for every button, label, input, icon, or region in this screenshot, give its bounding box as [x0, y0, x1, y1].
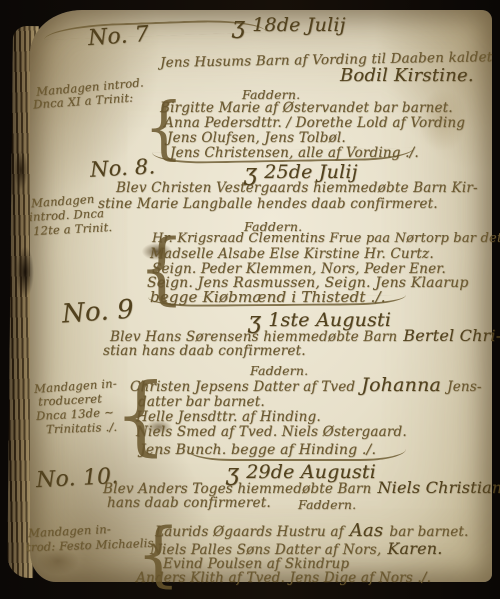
date-text: 18de Julij	[252, 14, 346, 36]
godparent-text: Laurids Øgaards Hustru af	[155, 524, 344, 540]
date-flourish-glyph: ʒ	[232, 13, 245, 39]
entry-9-godparent-line: datter bar barnet.	[138, 395, 265, 409]
entry-9-godparent-line: Christen Jepsens Datter af TvedJohannaJe…	[130, 376, 482, 396]
entry-7-godparent-line: Jens Olufsen, Jens Tolbøl.	[167, 131, 346, 145]
entry-8-body-line: stine Marie Langballe hendes daab confir…	[98, 197, 438, 211]
godparent-text: Christen Jepsens Datter af Tved	[130, 379, 355, 395]
entry-8-godparent-line: Madselle Alsabe Else Kirstine Hr. Curtz.	[150, 247, 434, 261]
entry-7-number: No. 7	[87, 23, 150, 50]
entry-9-body-line: stian hans daab confirmeret.	[103, 344, 306, 358]
ink-flourish	[186, 449, 406, 461]
entry-7-date: ʒ18de Julij	[232, 14, 346, 38]
entry-9-godparent-line: Niels Smed af Tved. Niels Østergaard.	[136, 425, 407, 439]
godparent-text: Jens-	[447, 379, 482, 395]
entry-8-number: No. 8.	[89, 155, 155, 180]
entry-10-faddern-label: Faddern.	[298, 498, 356, 511]
entry-10-highlight-name: Aas	[350, 520, 384, 541]
entry-9-highlight-name: Johanna	[361, 374, 441, 396]
entry-9-godparent-line: Helle Jensdttr. af Hinding.	[136, 410, 321, 424]
entry-10-body-line: hans daab confirmeret.	[107, 496, 271, 510]
entry-10-godparent-line: Anders Klith af Tved. Jens Dige af Nors …	[136, 571, 431, 585]
entry-8-godparent-line: Hr. Krigsraad Clementins Frue paa Nørtor…	[152, 232, 500, 246]
entry-8-body-line: Blev Christen Vestergaards hiemmedøbte B…	[116, 181, 478, 195]
entry-7-godparent-line: Anna Pedersdttr. / Dorethe Lold af Vordi…	[164, 116, 465, 130]
entry-9-child-name: Bertel Chri-	[403, 326, 500, 345]
entry-7-child-name: Bodil Kirstine.	[340, 67, 474, 86]
entry-9-number: No. 9	[61, 297, 135, 329]
register-page-photo: No. 7 ʒ18de Julij Jens Husums Barn af Vo…	[0, 0, 500, 599]
entry-7-godparent-line: Birgitte Marie af Østervandet bar barnet…	[160, 101, 453, 115]
entry-10-child-name: Niels Christian	[377, 478, 500, 497]
godparent-text: bar barnet.	[389, 524, 468, 540]
entry-9-margin-note: Trinitatis ./.	[46, 421, 118, 436]
entry-10-highlight-name: Karen.	[387, 539, 442, 558]
